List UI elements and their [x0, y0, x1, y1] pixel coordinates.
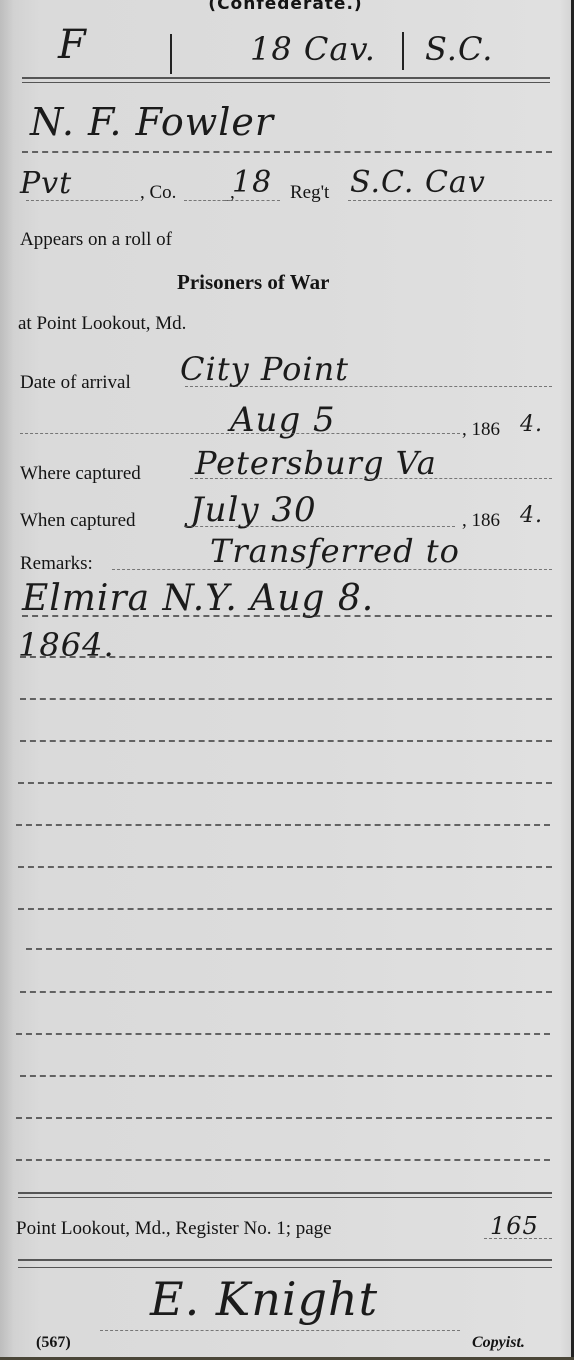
copyist-signature: E. Knight: [150, 1272, 378, 1326]
remarks-rule-1: [112, 569, 552, 570]
footer-rule-top-1: [18, 1192, 552, 1194]
when-year-prefix: , 186: [462, 510, 500, 532]
blank-line: [26, 948, 552, 950]
remarks-label: Remarks:: [20, 553, 93, 575]
company-label: , Co.: [140, 182, 176, 204]
arrival-label: Date of arrival: [20, 372, 131, 394]
blank-line: [20, 698, 552, 700]
when-captured-line: [185, 526, 455, 527]
regiment-number-line: [225, 200, 280, 201]
blank-line: [18, 908, 552, 910]
remarks-rule-2: [22, 615, 552, 617]
blank-line: [16, 1159, 550, 1161]
where-captured-line: [190, 478, 552, 479]
register-page-number: 165: [490, 1212, 539, 1240]
footer-rule-top-2: [18, 1197, 552, 1198]
where-captured-value: Petersburg Va: [195, 444, 437, 482]
header-divider-2: [402, 32, 404, 70]
when-captured-label: When captured: [20, 510, 136, 532]
remarks-line-2: Elmira N.Y. Aug 8.: [22, 578, 374, 619]
blank-line: [20, 740, 552, 742]
copyist-label: Copyist.: [472, 1334, 525, 1352]
blank-line: [16, 1117, 552, 1119]
unit-abbrev: 18 Cav.: [250, 30, 376, 68]
rank-line: [26, 200, 138, 201]
footer-rule-bottom-1: [18, 1259, 552, 1261]
remarks-line-1: Transferred to: [210, 532, 460, 570]
header-rule-top: [22, 77, 550, 79]
company-line: [184, 200, 230, 201]
roll-title: Prisoners of War: [177, 270, 329, 295]
page-number-line: [484, 1238, 552, 1239]
form-number: (567): [36, 1334, 71, 1352]
regiment-unit: S.C. Cav: [350, 165, 486, 200]
arrival-date-line: [20, 433, 460, 434]
header-divider-1: [170, 34, 172, 74]
blank-line: [18, 782, 552, 784]
blank-line: [20, 1075, 552, 1077]
regiment-label: Reg't: [290, 182, 329, 204]
classification-heading: (Confederate.): [0, 0, 571, 14]
blank-line: [16, 824, 550, 826]
when-captured-value: July 30: [190, 490, 317, 530]
arrival-date: Aug 5: [230, 400, 336, 440]
state-abbrev: S.C.: [425, 30, 493, 68]
rank-value: Pvt: [20, 166, 72, 201]
roll-location: at Point Lookout, Md.: [18, 313, 186, 335]
remarks-rule-3: [20, 656, 552, 658]
arrival-place: City Point: [180, 350, 349, 388]
initial-letter: F: [58, 22, 87, 68]
copyist-line: [100, 1330, 460, 1331]
arrival-year-prefix: , 186: [462, 419, 500, 441]
arrival-year-suffix: 4.: [520, 412, 543, 437]
roll-intro: Appears on a roll of: [20, 229, 172, 251]
footer-rule-bottom-2: [18, 1267, 552, 1268]
soldier-name: N. F. Fowler: [30, 100, 274, 144]
arrival-place-line: [185, 386, 552, 387]
register-reference: Point Lookout, Md., Register No. 1; page: [16, 1218, 332, 1240]
blank-line: [18, 866, 552, 868]
regiment-unit-line: [348, 200, 552, 201]
when-year-suffix: 4.: [520, 503, 543, 528]
blank-line: [16, 1033, 550, 1035]
regiment-number: 18: [232, 165, 272, 200]
name-line: [22, 151, 552, 153]
where-captured-label: Where captured: [20, 463, 141, 485]
header-rule-bottom: [22, 82, 550, 83]
prisoner-of-war-card: (Confederate.) F 18 Cav. S.C. N. F. Fowl…: [0, 0, 571, 1357]
blank-line: [20, 991, 552, 993]
remarks-line-3: 1864.: [18, 626, 115, 664]
